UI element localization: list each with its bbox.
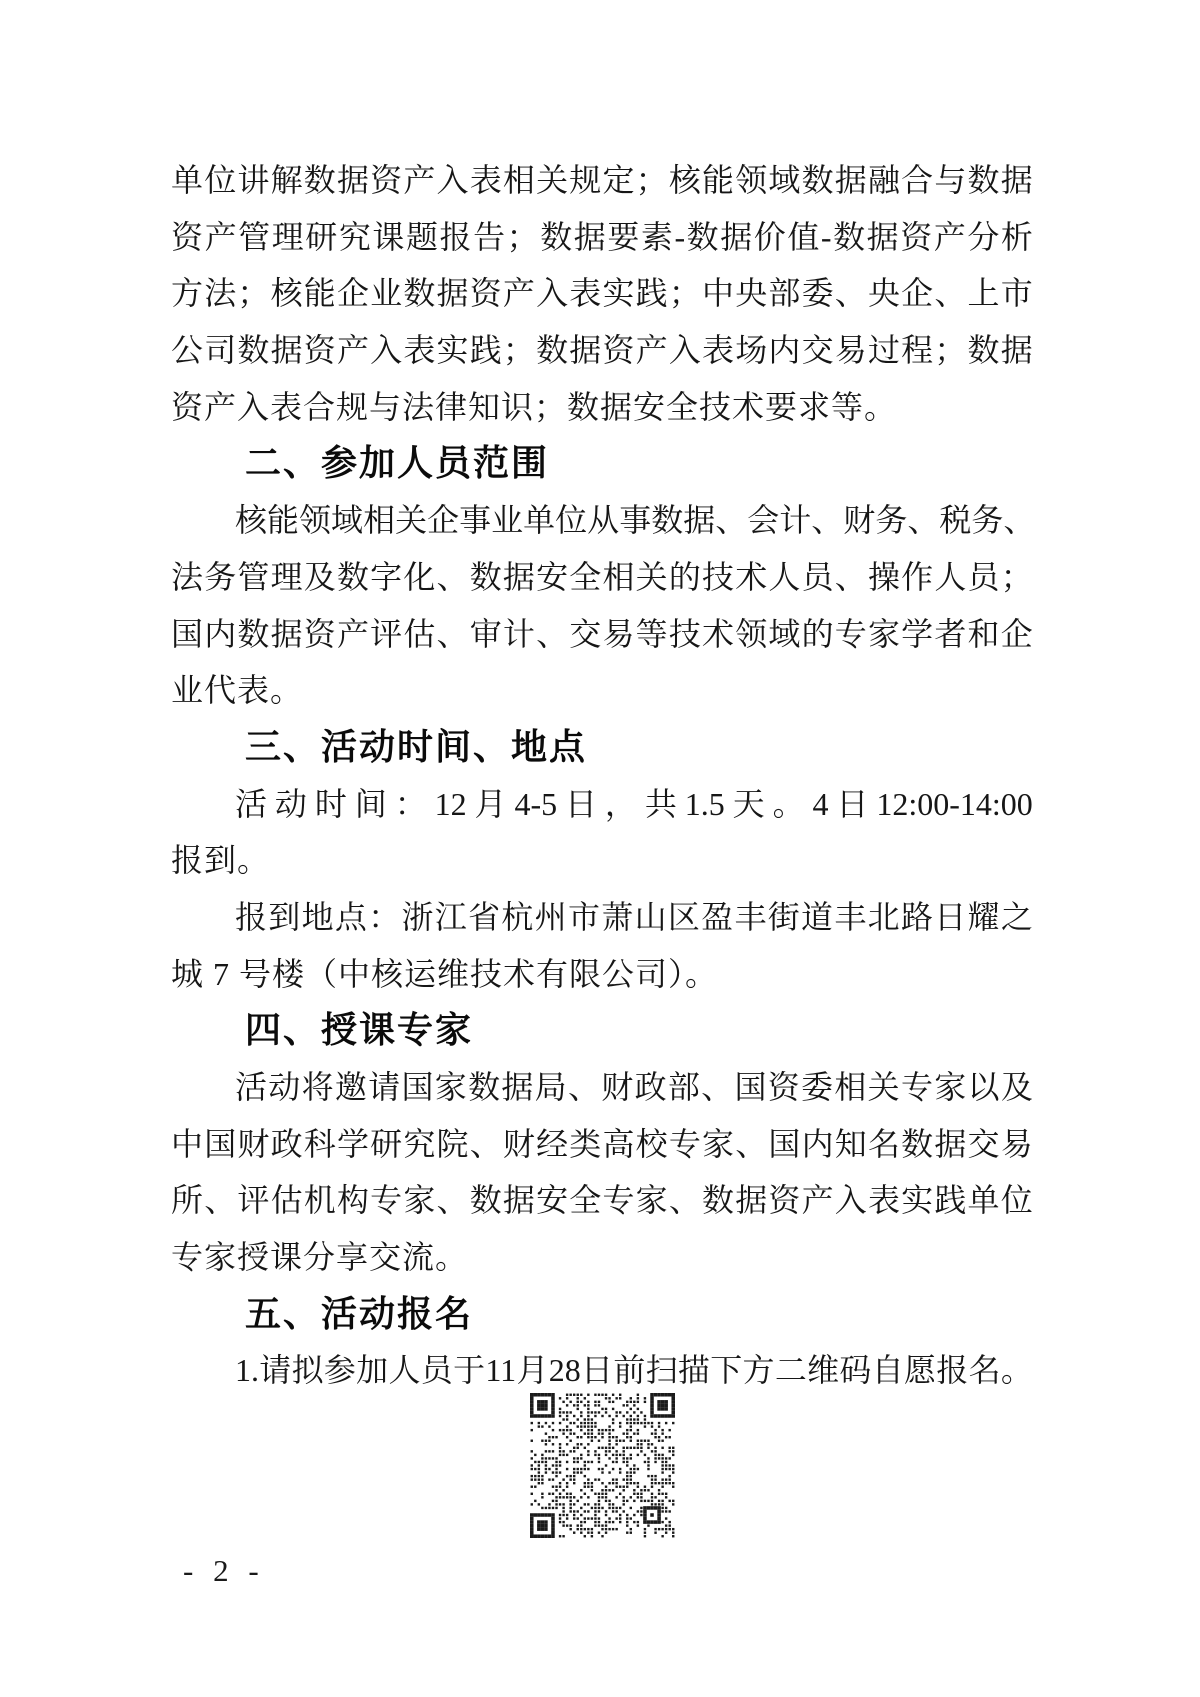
text-line: 城 7 号楼（中核运维技术有限公司）。	[171, 946, 1033, 1003]
qr-code-block	[171, 1393, 1033, 1538]
text-line: 报到地点：浙江省杭州市萧山区盈丰街道丰北路日耀之	[171, 889, 1033, 946]
text-line: 业代表。	[171, 662, 1033, 719]
section-heading: 五、活动报名	[171, 1286, 1033, 1343]
text-line: 报到。	[171, 832, 1033, 889]
text-line: 所、评估机构专家、数据安全专家、数据资产入表实践单位	[171, 1172, 1033, 1229]
page-number: - 2 -	[183, 1553, 265, 1589]
section-heading: 四、授课专家	[171, 1002, 1033, 1059]
text-line: 活动时间：12月4-5日，共1.5天。4日12:00-14:00	[171, 776, 1033, 833]
text-line: 国内数据资产评估、审计、交易等技术领域的专家学者和企	[171, 606, 1033, 663]
text-line: 法务管理及数字化、数据安全相关的技术人员、操作人员；	[171, 549, 1033, 606]
text-line: 专家授课分享交流。	[171, 1229, 1033, 1286]
text-line: 1.请拟参加人员于11月28日前扫描下方二维码自愿报名。	[171, 1342, 1033, 1399]
text-line: 公司数据资产入表实践；数据资产入表场内交易过程；数据	[171, 322, 1033, 379]
text-line: 资产管理研究课题报告；数据要素-数据价值-数据资产分析	[171, 209, 1033, 266]
document-page: 单位讲解数据资产入表相关规定；核能领域数据融合与数据资产管理研究课题报告；数据要…	[0, 0, 1200, 1697]
qr-code	[530, 1393, 675, 1538]
text-line: 核能领域相关企事业单位从事数据、会计、财务、税务、	[171, 492, 1033, 549]
section-heading: 三、活动时间、地点	[171, 719, 1033, 776]
text-line: 方法；核能企业数据资产入表实践；中央部委、央企、上市	[171, 265, 1033, 322]
text-line: 资产入表合规与法律知识；数据安全技术要求等。	[171, 379, 1033, 436]
text-line: 单位讲解数据资产入表相关规定；核能领域数据融合与数据	[171, 152, 1033, 209]
text-line: 中国财政科学研究院、财经类高校专家、国内知名数据交易	[171, 1116, 1033, 1173]
text-line: 活动将邀请国家数据局、财政部、国资委相关专家以及	[171, 1059, 1033, 1116]
section-heading: 二、参加人员范围	[171, 435, 1033, 492]
document-body: 单位讲解数据资产入表相关规定；核能领域数据融合与数据资产管理研究课题报告；数据要…	[171, 152, 1033, 1538]
